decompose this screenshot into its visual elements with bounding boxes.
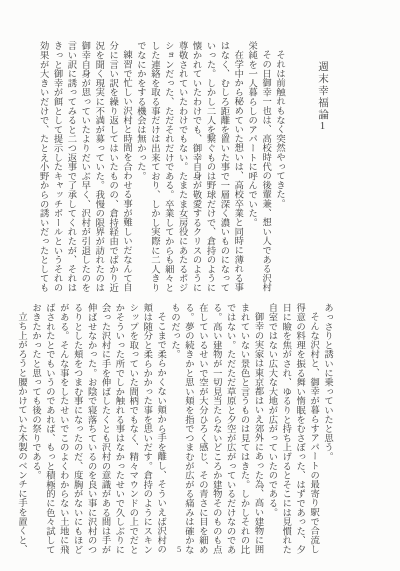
text-column: 立ち上がろうと腰かけていた木製のベンチに手を置くと、	[13, 303, 27, 558]
text-column: はなく、むしろ距離を置いた事で一層深く濃いものになって	[215, 41, 229, 295]
text-column: 得意の料理を振る舞い惰眠をむさぼった、はずであった、夕	[291, 303, 305, 558]
text-column: ではない。ただただ草原と夕空が広がっているだけなのであ	[222, 303, 236, 558]
text-column: そんな沢村と、御幸が暮らすアパートの最寄り駅で合流し	[305, 303, 319, 558]
text-column: 日に瞼を焦がされ、ゆるりと持ち上げるとそこには見慣れた	[277, 303, 291, 558]
text-column: 況を聞く現実に不満が募っていた。我慢の限界が訪れたのは	[90, 41, 104, 295]
text-column: る。高い建物が一切見当たらないどころか建物そのものも点	[208, 303, 222, 558]
text-column: 御幸の実家は東京都はいえ郊外にあった為、高い建物に囲	[250, 303, 264, 558]
chapter-title: 週末幸福論1	[315, 61, 330, 134]
text-column: がある。そんな事をしたせいでこのよくわからない土地に飛	[55, 303, 69, 558]
text-column: あっさりと誘いに乗っていたと思う。	[319, 303, 333, 558]
text-column: 練習で忙しい沢村と時間を合わせる事が難しいだなんて自	[118, 41, 132, 295]
text-column: 頬は随分と柔らかかった事を思いだす。倉持のようにスキン	[138, 303, 152, 558]
text-column: ションだった、ただそれだけである。卒業してからも細々と	[160, 41, 174, 295]
text-column: きっと御幸が餌として提示したキャッチボールというそれの	[49, 41, 63, 295]
text-column: 懐かれていたわけでも、御幸自身が敬愛するクリスのように	[188, 41, 202, 295]
text-column: 尊敬されていたわけでもない。たまたま女房役にあたるポジ	[174, 41, 188, 295]
text-column: ものだった。	[166, 303, 180, 558]
text-column: でなにかをする機会は無かった。	[132, 41, 146, 295]
text-column: シップを取っていた間柄でもなく、精々マウンドの上でだと	[124, 303, 138, 558]
page-number: 5	[177, 544, 181, 554]
text-column: かそういった所でしか触れる事はなかったせいで久しぶりに	[111, 303, 125, 558]
text-column: 言い訳に誘ってみると二つ返事で了承してくれたが、それは	[63, 41, 77, 295]
text-column: した連絡を取る事だけは出来ており、しかし実際に二人きり	[146, 41, 160, 295]
text-column: 在学中から秘めていた想いは、高校卒業と同時に薄れる事	[229, 41, 243, 295]
text-column: おきたかったと思っても後の祭りである。	[27, 303, 41, 558]
text-column: それは前触れもなく突然やってきた。	[271, 41, 285, 295]
text-column: 会った沢村に手を伸ばしたくとも沢村の意識がある間は手が	[97, 303, 111, 558]
text-column: 分に言い訳を繰り返してはいたものの、倉持経由でばかり近	[104, 41, 118, 295]
text-column: るりとした頬をつまむ事になったのだ、度胸がないにもほど	[69, 303, 83, 558]
text-column: まれていない景色と言うものは見てはきた。しかしそれの比	[236, 303, 250, 558]
text-column: 在しているせいで空が大分ひろく感じ、その青さに目を細め	[194, 303, 208, 558]
text-column: 自室ではない広大な大地が広がっていたのである。	[263, 303, 277, 558]
text-column: 栄純を一人暮らしのアパートに呼んでいた。	[243, 41, 257, 295]
text-column: 伸ばせなかった。お陰で寝落ちているのを良い事に沢村のつ	[83, 303, 97, 558]
text-column: 効果が大きいだけで、たとえ小野からの誘いだったとしても	[35, 41, 49, 295]
text-column: そこまで柔らかくない頬から手を離し、そういえば沢村の	[152, 303, 166, 558]
book-page: 週末幸福論1 それは前触れもなく突然やってきた。その日御幸一也は、高校時代の後輩…	[0, 0, 400, 571]
text-column: その日御幸一也は、高校時代の後輩兼、想い人である沢村	[257, 41, 271, 295]
text-block-top: それは前触れもなく突然やってきた。その日御幸一也は、高校時代の後輩兼、想い人であ…	[35, 41, 285, 295]
text-column: る。夢の続きかと思い頬を指でつまむが広がる痛みは確かな	[180, 303, 194, 558]
text-column: いった。しかし二人を繋ぐものは野球だけで、倉持のように	[202, 41, 216, 295]
text-column: 御幸自身が思っていたよりだいぶ早く、沢村が引退したのを	[76, 41, 90, 295]
text-column: ばされたとでもいうのであれば、もっと積極的に色々試して	[41, 303, 55, 558]
text-block-bottom: あっさりと誘いに乗っていたと思う。そんな沢村と、御幸が暮らすアパートの最寄り駅で…	[13, 303, 333, 558]
